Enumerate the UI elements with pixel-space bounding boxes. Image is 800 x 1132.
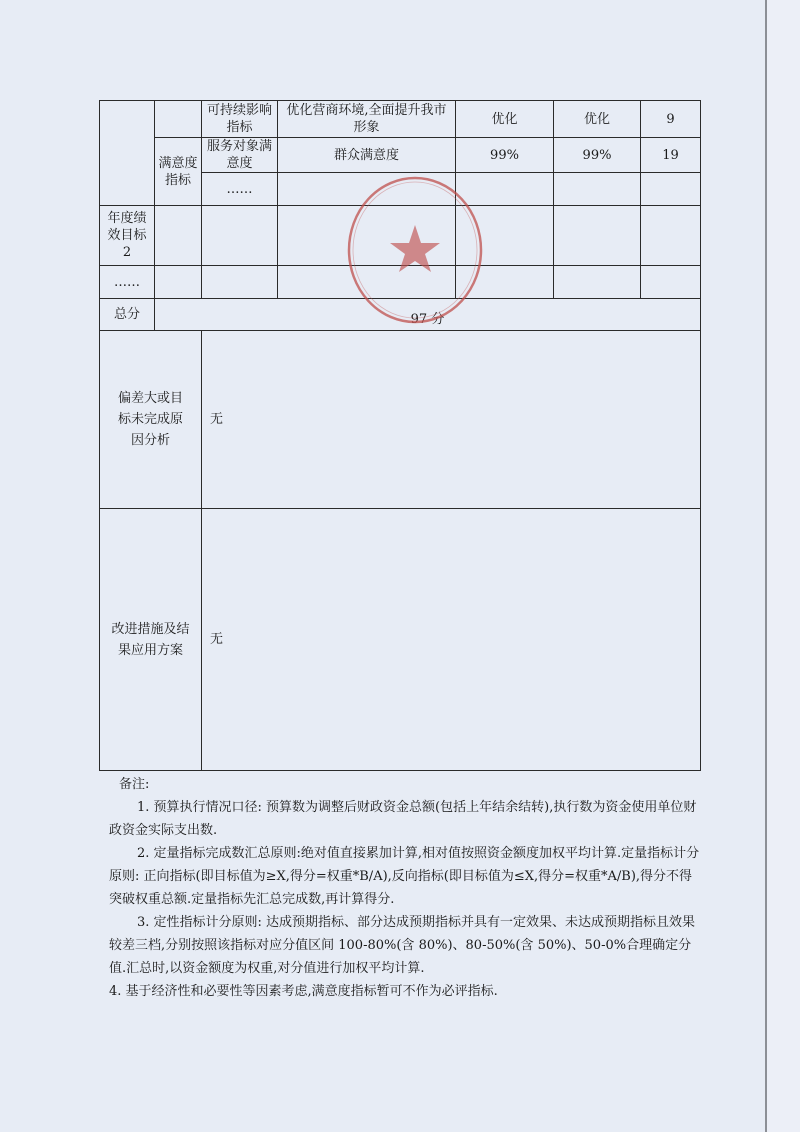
table-row-improvement: 改进措施及结果应用方案 无 — [100, 509, 701, 771]
actual-cell: 优化 — [554, 101, 641, 138]
deviation-label: 偏差大或目标未完成原因分析 — [100, 331, 202, 509]
actual-cell: 99% — [554, 138, 641, 173]
indicator-cell: 优化营商环境,全面提升我市形象 — [278, 101, 456, 138]
empty-cell — [155, 266, 202, 299]
empty-cell — [641, 206, 701, 266]
performance-evaluation-table: 可持续影响指标 优化营商环境,全面提升我市形象 优化 优化 9 满意度指标 服务… — [99, 100, 701, 771]
empty-cell — [554, 206, 641, 266]
goal-label-cell: 年度绩效目标 2 — [100, 206, 155, 266]
actual-cell — [554, 173, 641, 206]
score-cell: 19 — [641, 138, 701, 173]
empty-cell — [278, 266, 456, 299]
empty-cell — [202, 266, 278, 299]
deviation-value: 无 — [202, 331, 701, 509]
sub-category-cell: 可持续影响指标 — [202, 101, 278, 138]
category-cell-continued — [155, 101, 202, 138]
empty-cell — [641, 266, 701, 299]
note-item-3: 3. 定性指标计分原则: 达成预期指标、部分达成预期指标并具有一定效果、未达成预… — [109, 911, 701, 980]
table-row-deviation: 偏差大或目标未完成原因分析 无 — [100, 331, 701, 509]
table-row-sustainable: 可持续影响指标 优化营商环境,全面提升我市形象 优化 优化 9 — [100, 101, 701, 138]
score-cell: 9 — [641, 101, 701, 138]
empty-cell — [456, 206, 554, 266]
empty-cell — [278, 206, 456, 266]
table-row-goal2: 年度绩效目标 2 — [100, 206, 701, 266]
empty-cell — [202, 206, 278, 266]
empty-cell — [456, 266, 554, 299]
improvement-value: 无 — [202, 509, 701, 771]
note-item-4: 4. 基于经济性和必要性等因素考虑,满意度指标暂可不作为必评指标. — [109, 980, 701, 1003]
empty-cell — [554, 266, 641, 299]
adjacent-page-edge — [767, 0, 800, 1132]
goal-cell-continued — [100, 101, 155, 206]
indicator-cell: 群众满意度 — [278, 138, 456, 173]
target-cell: 99% — [456, 138, 554, 173]
table-row-satisfaction: 满意度指标 服务对象满意度 群众满意度 99% 99% 19 — [100, 138, 701, 173]
indicator-cell — [278, 173, 456, 206]
empty-cell — [155, 206, 202, 266]
sub-category-cell: …… — [202, 173, 278, 206]
note-item-2: 2. 定量指标完成数汇总原则:绝对值直接累加计算,相对值按照资金额度加权平均计算… — [109, 842, 701, 911]
notes-title: 备注: — [119, 773, 701, 796]
notes-section: 备注: 1. 预算执行情况口径: 预算数为调整后财政资金总额(包括上年结余结转)… — [109, 773, 701, 1003]
note-item-1: 1. 预算执行情况口径: 预算数为调整后财政资金总额(包括上年结余结转),执行数… — [109, 796, 701, 842]
target-cell — [456, 173, 554, 206]
improvement-label: 改进措施及结果应用方案 — [100, 509, 202, 771]
category-cell: 满意度指标 — [155, 138, 202, 206]
goal-label-cell: …… — [100, 266, 155, 299]
total-value: 97 分 — [155, 299, 701, 331]
total-label: 总分 — [100, 299, 155, 331]
target-cell: 优化 — [456, 101, 554, 138]
table-row-more: …… — [100, 266, 701, 299]
sub-category-cell: 服务对象满意度 — [202, 138, 278, 173]
table-row-total: 总分 97 分 — [100, 299, 701, 331]
score-cell — [641, 173, 701, 206]
